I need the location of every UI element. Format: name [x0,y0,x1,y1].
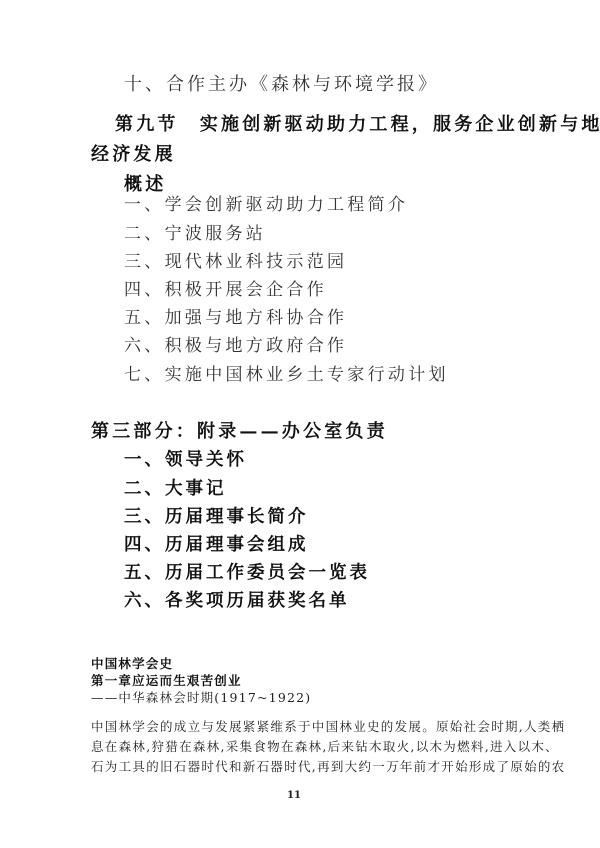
book-title: 中国林学会史 [91,654,173,672]
section-nine-title-cont: 经济发展 [91,140,176,166]
toc-item: 二、宁波服务站 [124,219,266,244]
toc-item: 三、现代林业科技示范园 [124,247,347,272]
section-nine-title: 第九节 实施创新驱动助力工程，服务企业创新与地方 [115,110,600,136]
paragraph-line: 石为工具的旧石器时代和新石器时代,再到大约一万年前才开始形成了原始的农 [91,757,565,777]
toc-item: 五、加强与地方科协合作 [124,303,347,328]
toc-item-journal: 十、合作主办《森林与环境学报》 [124,70,439,96]
appendix-item: 三、历届理事长简介 [124,503,309,528]
paragraph-line: 中国林学会的成立与发展紧紧维系于中国林业史的发展。原始社会时期,人类栖 [91,717,565,737]
appendix-item: 六、各奖项历届获奖名单 [124,587,350,612]
part-three-title: 第三部分：附录——办公室负责 [91,417,388,443]
toc-item: 七、实施中国林业乡土专家行动计划 [124,360,449,385]
page-number: 11 [287,790,301,801]
paragraph-line: 息在森林,狩猎在森林,采集食物在森林,后来钻木取火,以木为燃料,进入以木、 [91,737,559,757]
chapter-title: 第一章应运而生艰苦创业 [91,671,242,689]
appendix-item: 一、领导关怀 [124,446,247,471]
toc-item: 一、学会创新驱动助力工程简介 [124,190,408,215]
period-subtitle: ——中华森林会时期(1917~1922) [91,688,311,706]
appendix-item: 四、历届理事会组成 [124,531,309,556]
toc-item: 六、积极与地方政府合作 [124,331,347,356]
document-page: 十、合作主办《森林与环境学报》 第九节 实施创新驱动助力工程，服务企业创新与地方… [0,0,600,848]
appendix-item: 五、历届工作委员会一览表 [124,559,370,584]
toc-item: 四、积极开展会企合作 [124,275,327,300]
appendix-item: 二、大事记 [124,475,227,500]
